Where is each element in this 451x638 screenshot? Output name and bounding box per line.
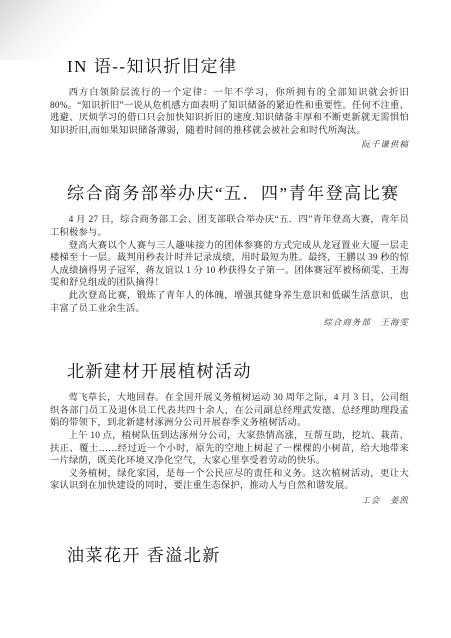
- article-byline: 阮千谦供稿: [50, 139, 409, 150]
- article-tree-planting: 北新建材开展植树活动 莺飞草长，大地回春。在全国开展义务植树运动 30 周年之际…: [50, 359, 409, 506]
- page-corner-shadow: [0, 0, 150, 60]
- article-title: IN 语--知识折旧定律: [50, 54, 409, 79]
- article-title: 油菜花开 香溢北新: [50, 543, 409, 568]
- article-byline: 综合商务部 王海雯: [50, 317, 409, 328]
- article-body: 西方白领阶层流行的一个定律：一年不学习，你所拥有的全部知识就会折旧 80%。“知…: [50, 87, 409, 137]
- article-paragraph: 此次登高比赛，锻炼了青年人的体魄，增强其健身养生意识和低碳生活意识，也丰富了员工…: [50, 290, 409, 315]
- article-body: 4 月 27 日，综合商务部工会、团支部联合举办庆“五．四”青年登高大赛，青年员…: [50, 214, 409, 315]
- article-title: 北新建材开展植树活动: [50, 359, 409, 384]
- article-knowledge-depreciation: IN 语--知识折旧定律 西方白领阶层流行的一个定律：一年不学习，你所拥有的全部…: [50, 54, 409, 150]
- article-rapeseed-flowers: 油菜花开 香溢北新: [50, 543, 409, 568]
- article-paragraph: 莺飞草长，大地回春。在全国开展义务植树运动 30 周年之际，4 月 3 日，公司…: [50, 392, 409, 430]
- article-paragraph: 义务植树，绿化家园，是每一个公民应尽的责任和义务。这次植树活动，更让大家认识到在…: [50, 468, 409, 493]
- article-body: 莺飞草长，大地回春。在全国开展义务植树运动 30 周年之际，4 月 3 日，公司…: [50, 392, 409, 493]
- article-byline: 工会 姜凯: [50, 495, 409, 506]
- article-paragraph: 登高大赛以个人赛与三人趣味接力的团体参赛的方式完成从龙冠置业大厦一层走楼梯至十一…: [50, 240, 409, 290]
- document-page: IN 语--知识折旧定律 西方白领阶层流行的一个定律：一年不学习，你所拥有的全部…: [0, 0, 451, 638]
- article-climbing-contest: 综合商务部举办庆“五．四”青年登高比赛 4 月 27 日，综合商务部工会、团支部…: [50, 181, 409, 328]
- article-paragraph: 上午 10 点，植树队伍到达涿州分公司，大家热情高涨，互帮互助，挖坑、栽苗、扶正…: [50, 430, 409, 468]
- article-title: 综合商务部举办庆“五．四”青年登高比赛: [50, 181, 409, 206]
- article-paragraph: 4 月 27 日，综合商务部工会、团支部联合举办庆“五．四”青年登高大赛，青年员…: [50, 214, 409, 239]
- article-paragraph: 西方白领阶层流行的一个定律：一年不学习，你所拥有的全部知识就会折旧 80%。“知…: [50, 87, 409, 137]
